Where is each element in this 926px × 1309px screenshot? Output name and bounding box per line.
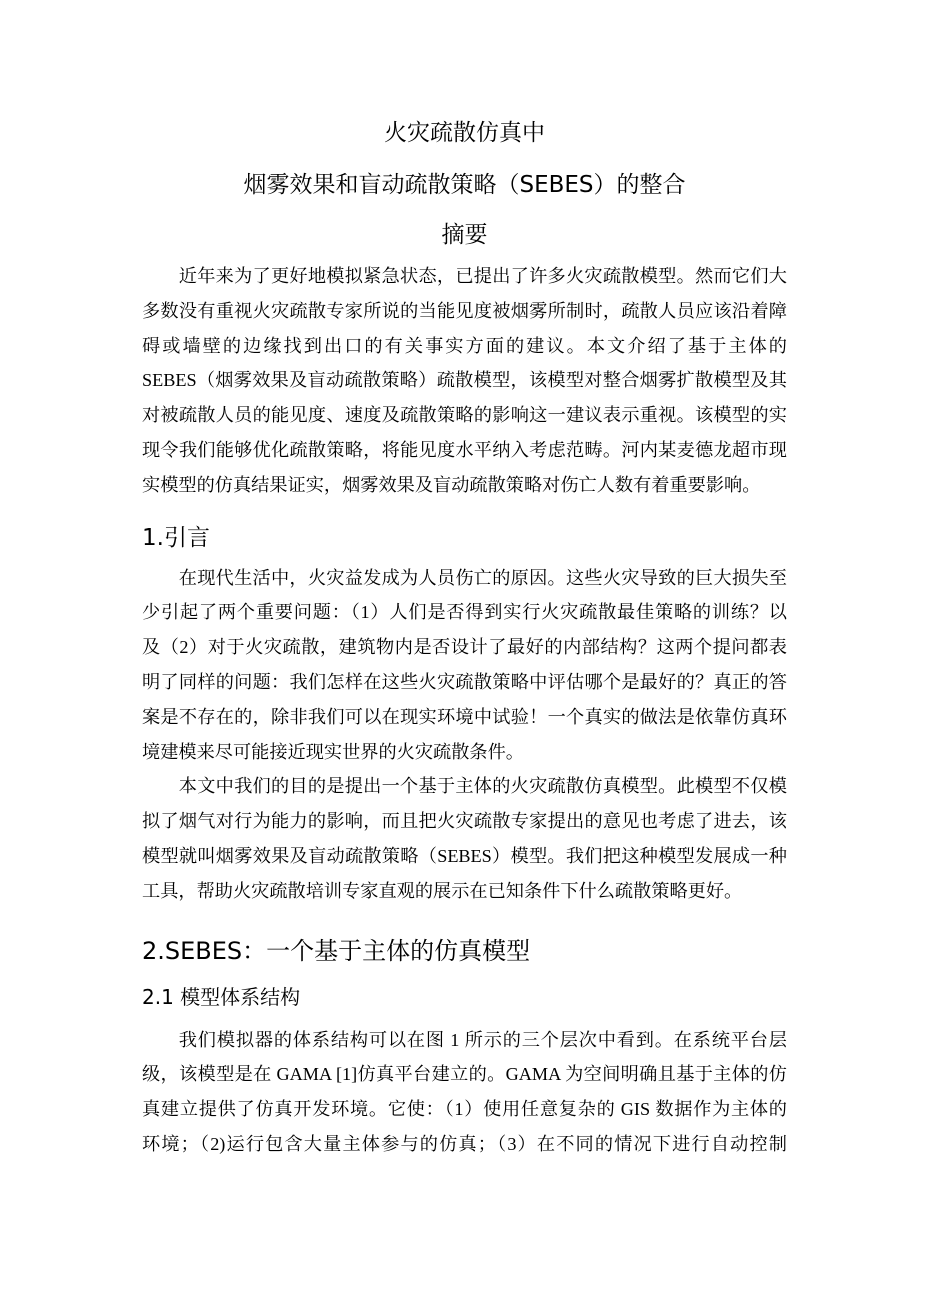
paragraph-line: 近年来为了更好地模拟紧急状态，已提出了许多火灾疏散模型。然而它们大: [142, 259, 787, 294]
paragraph-line: 工具，帮助火灾疏散培训专家直观的展示在已知条件下什么疏散策略更好。: [142, 874, 787, 909]
introduction-paragraph-1: 在现代生活中，火灾益发成为人员伤亡的原因。这些火灾导致的巨大损失至 少引起了两个…: [142, 561, 787, 770]
introduction-paragraph-2: 本文中我们的目的是提出一个基于主体的火灾疏散仿真模型。此模型不仅模 拟了烟气对行…: [142, 769, 787, 908]
paragraph-line: 在现代生活中，火灾益发成为人员伤亡的原因。这些火灾导致的巨大损失至: [142, 561, 787, 596]
paragraph-line: 碍或墙壁的边缘找到出口的有关事实方面的建议。本文介绍了基于主体的: [142, 329, 787, 364]
paragraph-line: 对被疏散人员的能见度、速度及疏散策略的影响这一建议表示重视。该模型的实: [142, 398, 787, 433]
paragraph-line: 模型就叫烟雾效果及盲动疏散策略（SEBES）模型。我们把这种模型发展成一种: [142, 839, 787, 874]
paragraph-line: 案是不存在的，除非我们可以在现实环境中试验！一个真实的做法是依靠仿真环: [142, 700, 787, 735]
abstract-paragraph: 近年来为了更好地模拟紧急状态，已提出了许多火灾疏散模型。然而它们大 多数没有重视…: [142, 259, 787, 503]
paragraph-line: 及（2）对于火灾疏散，建筑物内是否设计了最好的内部结构？这两个提问都表: [142, 630, 787, 665]
section-heading-sebes-model: 2.SEBES：一个基于主体的仿真模型: [142, 927, 787, 975]
paragraph-line: 少引起了两个重要问题：（1）人们是否得到实行火灾疏散最佳策略的训练？以: [142, 595, 787, 630]
subsection-heading-architecture: 2.1 模型体系结构: [142, 975, 787, 1019]
paragraph-line: 实模型的仿真结果证实，烟雾效果及盲动疏散策略对伤亡人数有着重要影响。: [142, 468, 787, 503]
section-heading-introduction: 1.引言: [142, 515, 787, 561]
paragraph-line: SEBES（烟雾效果及盲动疏散策略）疏散模型，该模型对整合烟雾扩散模型及其: [142, 363, 787, 398]
document-title-line-1: 火灾疏散仿真中: [142, 107, 787, 159]
paragraph-line: 境建模来尽可能接近现实世界的火灾疏散条件。: [142, 735, 787, 770]
paragraph-line: 拟了烟气对行为能力的影响，而且把火灾疏散专家提出的意见也考虑了进去，该: [142, 804, 787, 839]
document-body: 火灾疏散仿真中 烟雾效果和盲动疏散策略（SEBES）的整合 摘要 近年来为了更好…: [142, 0, 787, 1162]
document-page: 火灾疏散仿真中 烟雾效果和盲动疏散策略（SEBES）的整合 摘要 近年来为了更好…: [0, 0, 926, 1309]
paragraph-line: 环境；（2)运行包含大量主体参与的仿真；（3）在不同的情况下进行自动控制: [142, 1127, 787, 1162]
architecture-paragraph: 我们模拟器的体系结构可以在图 1 所示的三个层次中看到。在系统平台层 级，该模型…: [142, 1023, 787, 1162]
abstract-heading: 摘要: [142, 211, 787, 259]
paragraph-line: 现令我们能够优化疏散策略，将能见度水平纳入考虑范畴。河内某麦德龙超市现: [142, 433, 787, 468]
paragraph-line: 级，该模型是在 GAMA [1]仿真平台建立的。GAMA 为空间明确且基于主体的…: [142, 1057, 787, 1092]
paragraph-line: 真建立提供了仿真开发环境。它使：（1）使用任意复杂的 GIS 数据作为主体的: [142, 1092, 787, 1127]
paragraph-line: 本文中我们的目的是提出一个基于主体的火灾疏散仿真模型。此模型不仅模: [142, 769, 787, 804]
document-title-line-2: 烟雾效果和盲动疏散策略（SEBES）的整合: [142, 159, 787, 211]
paragraph-line: 多数没有重视火灾疏散专家所说的当能见度被烟雾所制时，疏散人员应该沿着障: [142, 294, 787, 329]
paragraph-line: 明了同样的问题：我们怎样在这些火灾疏散策略中评估哪个是最好的？真正的答: [142, 665, 787, 700]
paragraph-line: 我们模拟器的体系结构可以在图 1 所示的三个层次中看到。在系统平台层: [142, 1023, 787, 1058]
